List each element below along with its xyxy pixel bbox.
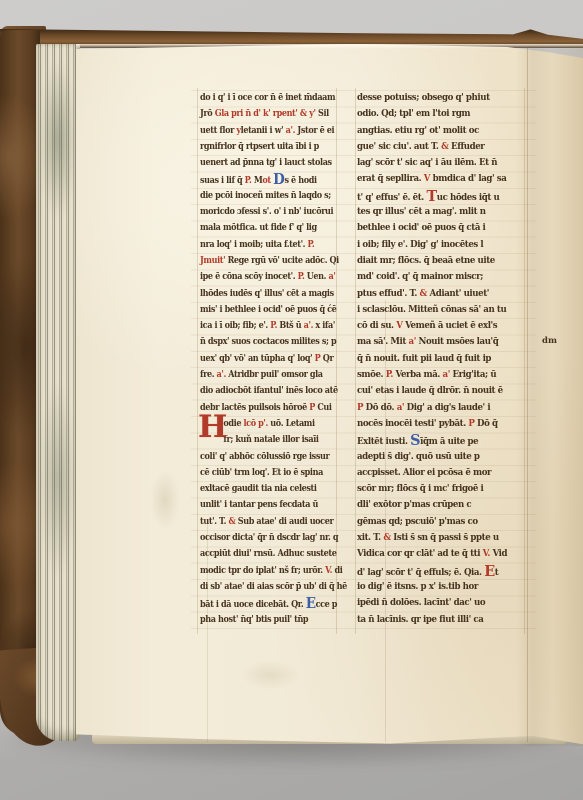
manuscript-line: xit. T. & Isti s̄ sn q̄ passi s̄ ppte u [357,530,517,546]
illuminated-initial: H [198,412,227,443]
manuscript-line: fre. a'. Atridbr puil' omsor gla [200,367,322,383]
manuscript-line: tut'. T. & Sub atae' di audi uocer [200,514,322,530]
manuscript-line: ma sā'. Mit a' Nouit msōes lau'q̄ [357,334,517,350]
manuscript-line: desse potuiss; obsego q' phiut [357,90,517,106]
manuscript-line: Jrō Gla pri n̄ d' k' rpent' & y' Sil [200,106,322,122]
manuscript-line: angtias. etiu rg' ot' molit oc [357,123,517,139]
manuscript-line: t' q' effus' ē. ēt. Tuc hōdes iq̄t u [357,188,517,204]
manuscript-line: mis' i bethlee i ocid' oē puos q̄ ćē [200,302,322,318]
manuscript-line: cui' etas i laude q̄ dlrōr. n̄ nouit ē [357,383,517,399]
manuscript-line: ica i ī oib; fib; e'. P. Btš ū a'. x ifa… [200,318,322,334]
manuscript-line: do i q' i ī oce cor n̄ ē inet m̄daam [200,90,322,106]
manuscript-line: coli' q' abhōc cōlussiō rge issur [200,449,322,465]
manuscript-line: bethlee i ocid' oē puos q̄ ctā i [357,220,517,236]
manuscript-line: tes qr illus' cēt a mag'. mlit n [357,204,517,220]
manuscript-line: nocēs inocēi testi' pybāt. P Dō q̄ [357,416,517,432]
manuscript-line: md' coid'. q' q̄ mainor miscr; [357,269,517,285]
column-guide-line [197,88,198,634]
manuscript-line: pha host' n̄q' btis puil' tn̄p [200,612,322,628]
marginal-note: dm [542,336,557,346]
manuscript-line: exltacē gaudit tia nia celesti [200,481,322,497]
manuscript-line: gēmas qd; pscuiō' p'mas co [357,514,517,530]
manuscript-line: lhōdes iudēs q' illus' cēt a magis [200,286,322,302]
manuscript-line: cē ciūb' trm loq'. Et io ē spina [200,465,322,481]
manuscript-line: cō di su. V Vemeñ ā uciet ē exl's [357,318,517,334]
page-top-highlight [76,44,583,49]
manuscript-line: die pcōi inoceñ mites n̄ laqdo s; [200,188,322,204]
manuscript-line: odio. Qd; tpl' em l'toi rgm [357,106,517,122]
column-guide-line [355,88,356,634]
manuscript-line: mala mōtfica. ut fide f' q' lig [200,220,322,236]
text-column-right: desse potuiss; obsego q' phiutodio. Qd; … [357,90,524,628]
fore-edge-smudge [40,60,76,220]
column-guide-line [524,88,525,634]
manuscript-line: bāt i dā uoce dicebāt. Qr. Ecce p [200,595,322,611]
leather-spine [0,30,40,736]
manuscript-line: accpisset. Alior ei pcōsa ē mor [357,465,517,481]
manuscript-line: nra loq' i moib; uita f.tet'. P. [200,237,322,253]
fore-edge-smudge [40,380,76,580]
manuscript-line: uenert ad p̄nna tg' i lauct stolas [200,155,322,171]
manuscript-line: uex' qb' vō' an tūpha q' loq' P Qr [200,351,322,367]
manuscript-line: occisor dicta' q̄r n̄ dscdr lag' nr. q [200,530,322,546]
manuscript-line: unlit' i tantar pens fecdata ū [200,497,322,513]
manuscript-line: i sclasclōu. Mitteñ cōnas sā' an tu [357,302,517,318]
manuscript-line: uett flor yletanii i w' a'. Jstor ē ei [200,123,322,139]
manuscript-line: di sb' atae' di aias scōr p̄ ub' di q̄ h… [200,579,322,595]
manuscript-line: adepti s̄ dig'. quō usū uite p [357,449,517,465]
manuscript-line: P Dō dō. a' Dig' a dig's laude' i [357,400,517,416]
manuscript-line: io dig' ē itsns. p x' is.tib hor [357,579,517,595]
manuscript-line: d' lag' scōr t' q̄ effuls; ē. Qia. Et [357,563,517,579]
manuscript-line: scōr mr; flōcs q̄ i mc' frigoē i [357,481,517,497]
manuscript-line: gue' sic ciu'. aut T. & Effuder [357,139,517,155]
manuscript-line: lag' scōr t' sic aq' i āu ilēm. Et n̄ [357,155,517,171]
manuscript-line: Jmuit' Rege rgū vō' ucite adōc. Qi [200,253,322,269]
manuscript-line: ta n̄ lacīnis. qr ipe fiut illi' ca [357,612,517,628]
manuscript-line: diait mr; flōcs. q̄ beaā etne uite [357,253,517,269]
manuscript-line: ipe ē cōna scōy inocet'. P. Uen. a' [200,269,322,285]
text-column-left: do i q' i ī oce cor n̄ ē inet m̄daamJrō … [200,90,335,628]
manuscript-line: moricdo ɔfessi s'. o' i nb' iucōrui [200,204,322,220]
manuscript-line: erat q̄ sepllira. V bmdica d' lag' sa [357,171,517,187]
manuscript-line: Vidica cor qr clāt' ad te q̄ tti V. Vid [357,546,517,562]
vellum-stain [150,470,180,530]
manuscript-line: ptus effud'. T. & Adiant' uiuet' [357,286,517,302]
manuscript-line: suas i lif q̄ P. Mot Ds ē hodi [200,171,322,187]
manuscript-line: accpiūt diui' rnsū. Adhuc sustete [200,546,322,562]
manuscript-line: q̄ n̄ nouit. fuit pii laud q̄ fuit ip [357,351,517,367]
manuscript-line: i oib; fily e'. Dig' g' inocētes l [357,237,517,253]
manuscript-line: dio adiocbōt ifantul' inēs loco atē [200,383,322,399]
manuscript-line: modic tpr do iplat' nš fr; urōr. V. di [200,563,322,579]
manuscript-line: smōe. P. Verba mā. a' Erig'ita; ū [357,367,517,383]
manuscript-line: rgnifrlor q̄ rtpsert uita ībi i p [200,139,322,155]
manuscript-line: n̄ dspx' suos coctacos milites s; p [200,334,322,350]
manuscript-line: ipēdi n̄ dolōes. lacīnt' dac' uo [357,595,517,611]
vellum-stain [240,660,300,690]
manuscript-line: Exltēt iusti. Sīq̄m ā uite pe [357,432,517,448]
manuscript-line: dli' exōtor p'mas crūpen c [357,497,517,513]
